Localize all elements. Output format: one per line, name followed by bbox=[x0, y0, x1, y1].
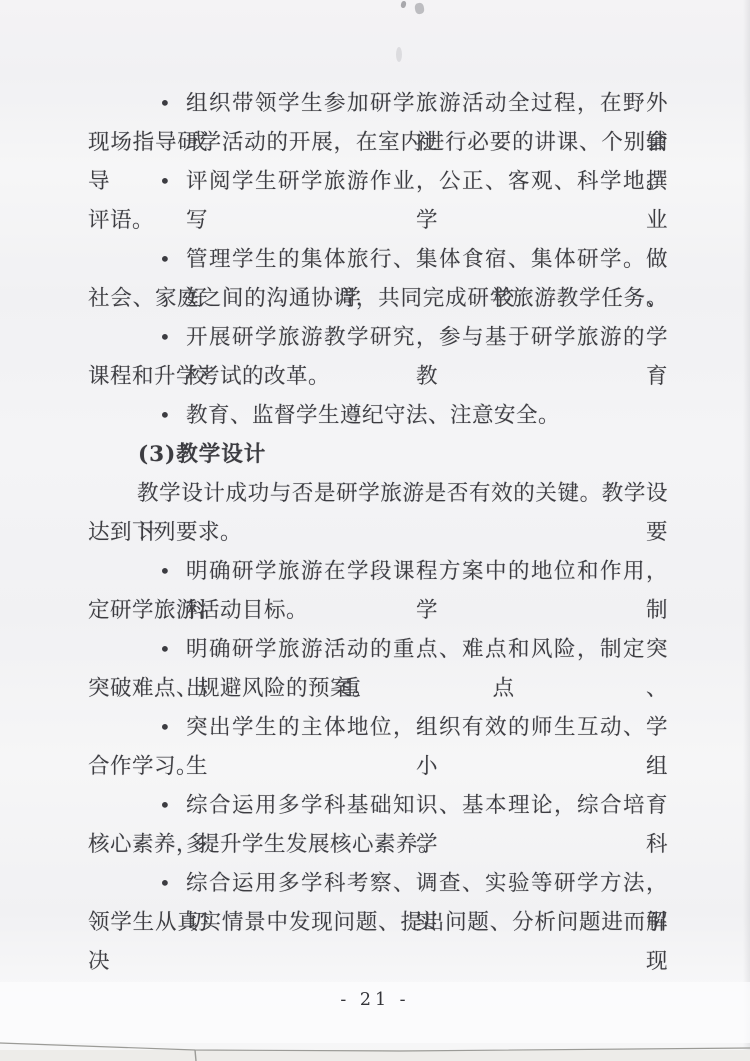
bullet-marker-icon: • bbox=[159, 552, 171, 591]
bullet-marker-icon: • bbox=[159, 708, 171, 747]
text-line: 合作学习。 bbox=[88, 747, 668, 786]
text-line: 社会、家庭之间的沟通协调，共同完成研学旅游教学任务。 bbox=[88, 279, 668, 318]
text-line: 核心素养，提升学生发展核心素养。 bbox=[88, 825, 668, 864]
section-heading: (3)教学设计 bbox=[88, 435, 668, 474]
line-text: 领学生从真实情景中发现问题、提出问题、分析问题进而解决现 bbox=[88, 903, 668, 981]
text-line: 领学生从真实情景中发现问题、提出问题、分析问题进而解决现 bbox=[88, 903, 668, 942]
bullet-marker-icon: • bbox=[159, 240, 171, 279]
bullet-marker-icon: • bbox=[159, 318, 171, 357]
text-line: •教育、监督学生遵纪守法、注意安全。 bbox=[88, 396, 668, 435]
text-line: •明确研学旅游在学段课程方案中的地位和作用，科学制 bbox=[88, 552, 668, 591]
text-line: 定研学旅游活动目标。 bbox=[88, 591, 668, 630]
bullet-marker-icon: • bbox=[159, 396, 171, 435]
scan-speck bbox=[400, 0, 407, 8]
page-number: - 21 - bbox=[0, 990, 750, 1010]
line-text: 核心素养，提升学生发展核心素养。 bbox=[88, 825, 668, 864]
text-line: 课程和升学考试的改革。 bbox=[88, 357, 668, 396]
bullet-marker-icon: • bbox=[159, 630, 171, 669]
text-line: •明确研学旅游活动的重点、难点和风险，制定突出重点、 bbox=[88, 630, 668, 669]
bullet-marker-icon: • bbox=[159, 84, 171, 123]
text-line: •组织带领学生参加研学旅游活动全过程，在野外或社会 bbox=[88, 84, 668, 123]
bullet-marker-icon: • bbox=[159, 162, 171, 201]
line-text: 评语。 bbox=[88, 201, 668, 240]
scan-speck bbox=[414, 2, 425, 14]
bullet-marker-icon: • bbox=[159, 864, 171, 903]
text-line: •评阅学生研学旅游作业，公正、客观、科学地撰写学业 bbox=[88, 162, 668, 201]
scan-edge-shadow bbox=[743, 0, 750, 1061]
text-line: •管理学生的集体旅行、集体食宿、集体研学。做好学校、 bbox=[88, 240, 668, 279]
text-line: 评语。 bbox=[88, 201, 668, 240]
text-line: •综合运用多学科基础知识、基本理论，综合培育多学科 bbox=[88, 786, 668, 825]
text-line: •开展研学旅游教学研究，参与基于研学旅游的学校教育 bbox=[88, 318, 668, 357]
bullet-marker-icon: • bbox=[159, 786, 171, 825]
line-text: 课程和升学考试的改革。 bbox=[88, 357, 668, 396]
document-lines: •组织带领学生参加研学旅游活动全过程，在野外或社会现场指导研学活动的开展，在室内… bbox=[88, 84, 668, 942]
line-text: 合作学习。 bbox=[88, 747, 668, 786]
line-text: 突破难点、规避风险的预案。 bbox=[88, 669, 668, 708]
paper-edge-line bbox=[0, 1038, 750, 1061]
text-line: 达到下列要求。 bbox=[88, 513, 668, 552]
line-text: 社会、家庭之间的沟通协调，共同完成研学旅游教学任务。 bbox=[88, 279, 668, 318]
text-line: 现场指导研学活动的开展，在室内进行必要的讲课、个别辅导。 bbox=[88, 123, 668, 162]
text-line: •突出学生的主体地位，组织有效的师生互动、学生小组 bbox=[88, 708, 668, 747]
text-line: 突破难点、规避风险的预案。 bbox=[88, 669, 668, 708]
line-text: 教育、监督学生遵纪守法、注意安全。 bbox=[186, 396, 668, 435]
scan-smudge bbox=[396, 47, 402, 62]
line-text: 达到下列要求。 bbox=[88, 513, 668, 552]
line-text: 定研学旅游活动目标。 bbox=[88, 591, 668, 630]
text-line: •综合运用多学科考察、调查、实验等研学方法，切实引 bbox=[88, 864, 668, 903]
text-line: 教学设计成功与否是研学旅游是否有效的关键。教学设计要 bbox=[88, 474, 668, 513]
line-text: (3)教学设计 bbox=[138, 435, 668, 474]
